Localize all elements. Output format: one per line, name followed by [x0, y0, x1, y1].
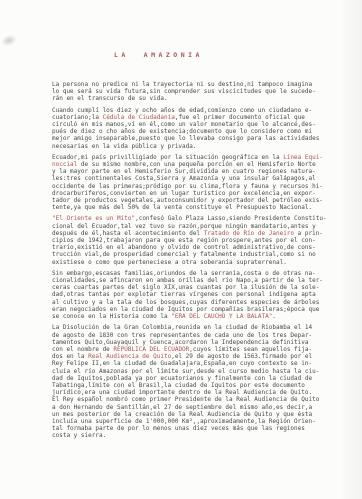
body-text: Ecuador,mi país privilligiado por la sit… — [52, 154, 283, 161]
paragraph: Cuando cumplí los diez y ocho años de ed… — [52, 107, 336, 150]
emphasized-red-text: "El Oriente es un Mito" — [52, 215, 135, 222]
paragraph: Sin embargo,escasas familias,oriundos de… — [52, 270, 336, 320]
paragraph: Ecuador,mi país privilligiado por la sit… — [52, 154, 336, 212]
body-text: ,el 29 de agosto de 1563.firmado por el … — [52, 353, 319, 439]
paragraph: La Disolución de la Gran Colombia,reunid… — [52, 324, 336, 439]
emphasized-red-text: Tratado de Río de Janeiro — [204, 230, 294, 237]
document-body: La persona no predice ni la trayectoria … — [52, 81, 336, 444]
body-text: . — [272, 313, 276, 320]
emphasized-red-text: REPUBLICA DEL ECUADOR — [113, 346, 189, 353]
page-title: LA AMAZONIA — [114, 51, 203, 59]
body-text: de su mismo nombre,con una pequeña porci… — [52, 161, 323, 211]
scan-smudge — [0, 33, 18, 48]
emphasized-red-text: Cédula de Ciudadanía — [103, 114, 175, 121]
paragraph: La persona no predice ni la trayectoria … — [52, 81, 336, 103]
document-page: LA AMAZONIA La persona no predice ni la … — [0, 0, 362, 499]
emphasized-red-text: "ERA DEL CAUCHO Y LA BALATA" — [171, 313, 272, 320]
paragraph: "El Oriente es un Mito",confesó Galo Pla… — [52, 215, 336, 265]
scan-edge-shading — [340, 0, 362, 499]
emphasized-red-text: Real Audiencia de Quito — [88, 353, 171, 360]
body-text: La persona no predice ni la trayectoria … — [52, 81, 316, 102]
